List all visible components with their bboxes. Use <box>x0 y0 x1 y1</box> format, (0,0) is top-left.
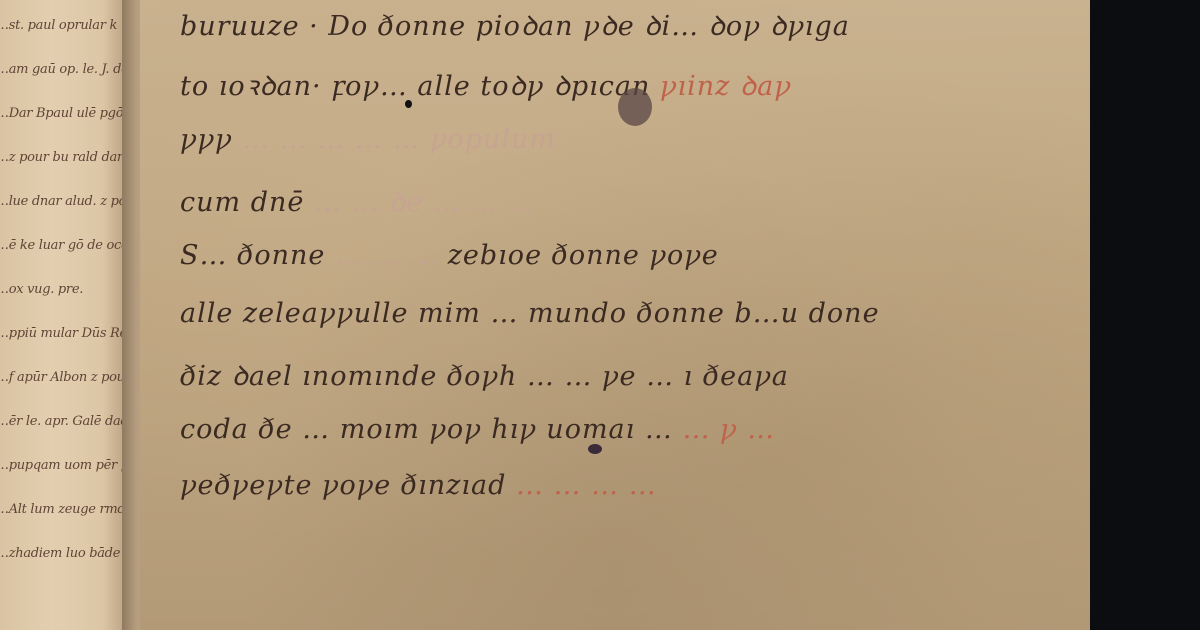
ink-blot <box>588 444 602 454</box>
rubric-text: … … … … <box>516 470 657 501</box>
rubric-text-faded: … … ꝺe … … … <box>314 187 536 218</box>
rubric-text: … ꝩ … <box>682 414 775 445</box>
facing-line: …zhadiem luo bāde zaludi <box>0 532 126 576</box>
manuscript-line: ðiz ꝺael ınomınde ðoꝩh … … ꝩe … ı ðeaꝩa <box>180 356 789 393</box>
facing-line: …ē ke luar gō de ocos <box>0 224 126 268</box>
manuscript-page: buruuze · Do ðonne pioꝺan ꝩꝺe ꝺi… ꝺoꝩ ꝺꝩ… <box>140 0 1090 630</box>
background <box>1090 0 1200 630</box>
manuscript-line: to ıoꝛꝺan· ꝼoꝩ… alle toꝺꝩ ꝺpıcan ꝩıinz ꝺ… <box>180 66 792 103</box>
rubric-text: ꝩıinz ꝺaꝩ <box>660 71 792 102</box>
rubric-text-faded: … … … … … ꝩopulum <box>242 124 556 155</box>
manuscript-line: buruuze · Do ðonne pioꝺan ꝩꝺe ꝺi… ꝺoꝩ ꝺꝩ… <box>180 6 850 43</box>
facing-line: …Alt lum zeuge rmd <box>0 488 126 532</box>
facing-page-edge: …st. paul oprular k …am gaū op. le. J. d… <box>0 0 128 630</box>
manuscript-line: coda ðe … moım ꝩoꝩ hıꝩ uomaı … … ꝩ … <box>180 414 775 445</box>
facing-line: …z pour bu rald dar v <box>0 136 126 180</box>
facing-line: …pupqam uom pēr p. J. Ic <box>0 444 126 488</box>
facing-line: …ox vug. pre. <box>0 268 126 312</box>
ink-dot <box>405 100 412 108</box>
facing-page-lines: …st. paul oprular k …am gaū op. le. J. d… <box>0 4 126 576</box>
facing-line: …am gaū op. le. J. de Balin <box>0 48 126 92</box>
manuscript-line: alle zeleaꝩꝩulle mim … mundo ðonne b…u d… <box>180 298 880 329</box>
facing-line: …lue dnar alud. z pour <box>0 180 126 224</box>
manuscript-line: ꝩꝩꝩ … … … … … ꝩopulum <box>180 124 556 155</box>
facing-line: …ēr le. apr. Galē dad. D <box>0 400 126 444</box>
manuscript-line: S… ðonne … … … zebıoe ðonne ꝩoꝩe <box>180 240 719 271</box>
manuscript-line: ꝩeðꝩeꝩte ꝩoꝩe ðınzıad … … … … <box>180 470 657 501</box>
facing-line: …ppiū mular Dūs Rex Bor <box>0 312 126 356</box>
facing-line: …st. paul oprular k <box>0 4 126 48</box>
facing-line: …f apūr Albon z pour Sa <box>0 356 126 400</box>
ink-stain <box>618 88 652 126</box>
manuscript-line: cum dnē … … ꝺe … … … <box>180 182 536 219</box>
rubric-text-faded: … … … <box>335 240 448 271</box>
facing-line: …Dar Bpaul ulē pgō hi <box>0 92 126 136</box>
